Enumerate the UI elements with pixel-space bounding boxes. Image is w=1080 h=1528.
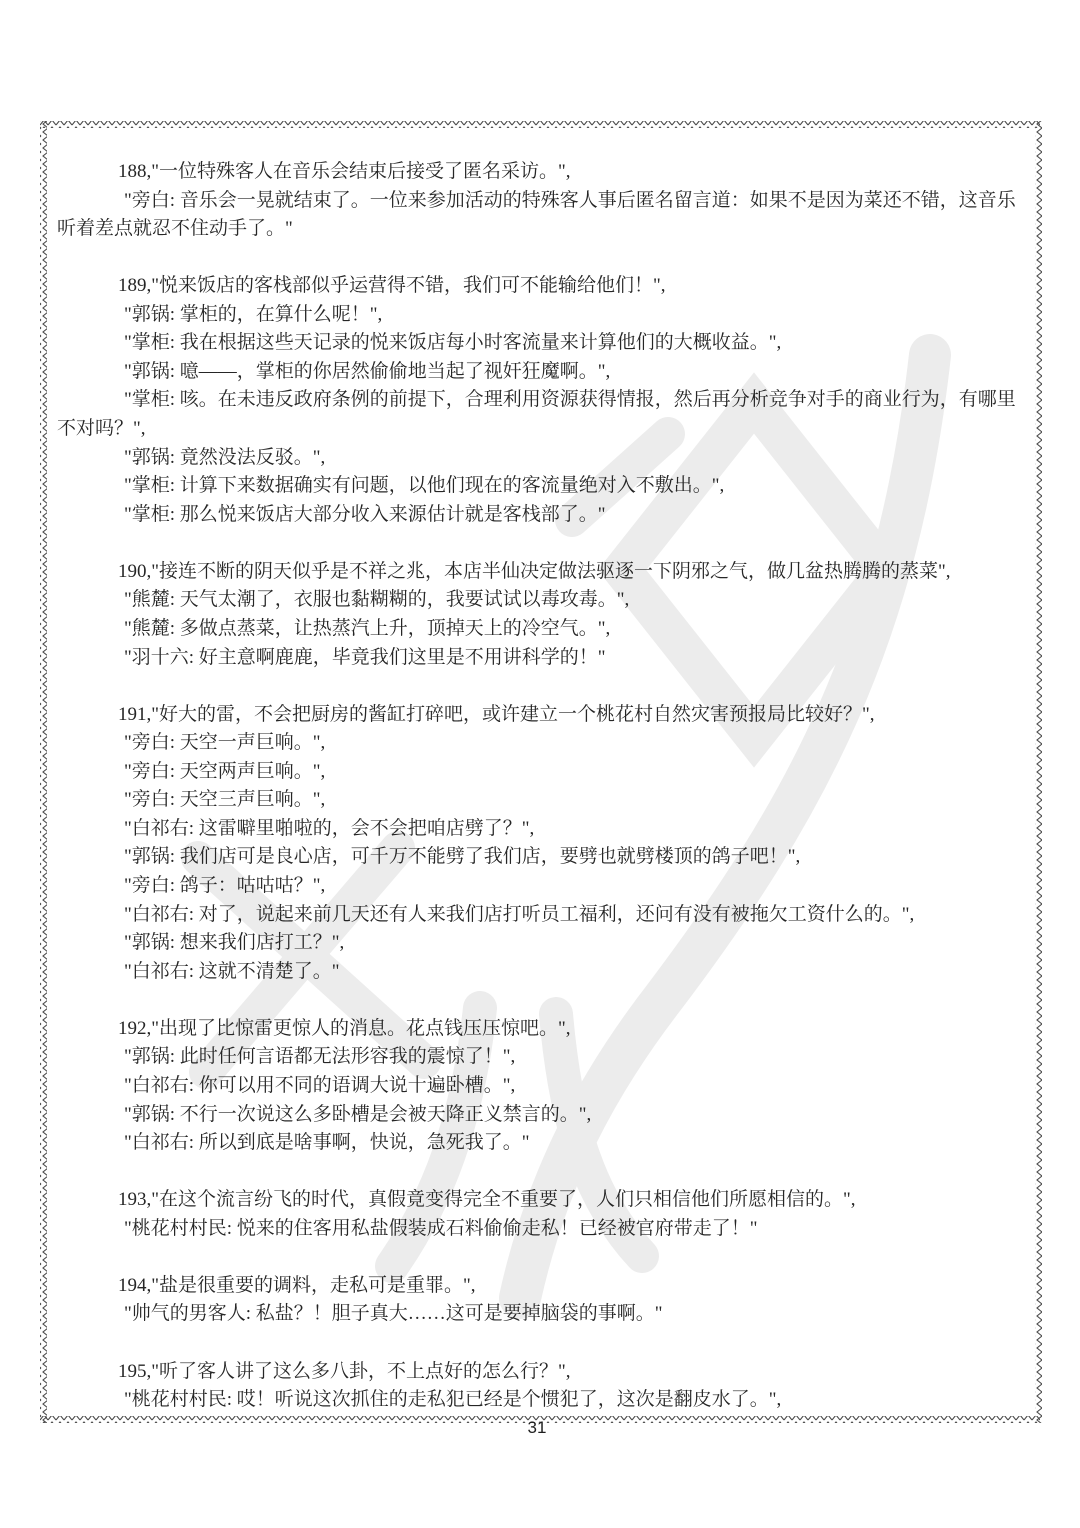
dialogue-line: "白祁右: 所以到底是啥事啊，快说，急死我了。" (57, 1129, 1030, 1158)
dialogue-line: "白祁右: 对了，说起来前几天还有人来我们店打听员工福利，还问有没有被拖欠工资什… (57, 901, 1030, 930)
dialogue-line: "白祁右: 这就不清楚了。" (57, 958, 1030, 987)
entry-193: 193,"在这个流言纷飞的时代，真假竟变得完全不重要了，人们只相信他们所愿相信的… (57, 1186, 1030, 1243)
entry-192: 192,"出现了比惊雷更惊人的消息。花点钱压压惊吧。","郭锅: 此时任何言语都… (57, 1015, 1030, 1158)
entry-190: 190,"接连不断的阴天似乎是不祥之兆，本店半仙决定做法驱逐一下阴邪之气，做几盆… (57, 558, 1030, 672)
dialogue-line: "郭锅: 此时任何言语都无法形容我的震惊了！", (57, 1043, 1030, 1072)
entry-lead-line: 193,"在这个流言纷飞的时代，真假竟变得完全不重要了，人们只相信他们所愿相信的… (57, 1186, 1030, 1215)
entry-lead-line: 190,"接连不断的阴天似乎是不祥之兆，本店半仙决定做法驱逐一下阴邪之气，做几盆… (57, 558, 1030, 587)
entry-lead-line: 195,"听了客人讲了这么多八卦，不上点好的怎么行？", (57, 1358, 1030, 1387)
dialogue-line: "郭锅: 不行一次说这么多卧槽是会被天降正义禁言的。", (57, 1101, 1030, 1130)
dialogue-line: "旁白: 天空两声巨响。", (57, 758, 1030, 787)
dialogue-line: "郭锅: 噫——，掌柜的你居然偷偷地当起了视奸狂魔啊。", (57, 358, 1030, 387)
dialogue-line: "旁白: 音乐会一晃就结束了。一位来参加活动的特殊客人事后匿名留言道：如果不是因… (57, 187, 1030, 244)
entry-lead-line: 194,"盐是很重要的调料，走私可是重罪。", (57, 1272, 1030, 1301)
dialogue-line: "旁白: 天空一声巨响。", (57, 729, 1030, 758)
dialogue-line: "郭锅: 竟然没法反驳。", (57, 444, 1030, 473)
entry-lead-line: 191,"好大的雷，不会把厨房的酱缸打碎吧，或许建立一个桃花村自然灾害预报局比较… (57, 701, 1030, 730)
entries: 188,"一位特殊客人在音乐会结束后接受了匿名采访。","旁白: 音乐会一晃就结… (57, 158, 1030, 1415)
entry-188: 188,"一位特殊客人在音乐会结束后接受了匿名采访。","旁白: 音乐会一晃就结… (57, 158, 1030, 244)
border-right (1035, 121, 1042, 1423)
entry-lead-line: 192,"出现了比惊雷更惊人的消息。花点钱压压惊吧。", (57, 1015, 1030, 1044)
dialogue-line: "掌柜: 咳。在未违反政府条例的前提下，合理利用资源获得情报，然后再分析竞争对手… (57, 386, 1030, 443)
dialogue-line: "桃花村村民: 悦来的住客用私盐假装成石料偷偷走私！已经被官府带走了！" (57, 1215, 1030, 1244)
dialogue-line: "掌柜: 那么悦来饭店大部分收入来源估计就是客栈部了。" (57, 501, 1030, 530)
dialogue-line: "熊麓: 天气太潮了，衣服也黏糊糊的，我要试试以毒攻毒。", (57, 586, 1030, 615)
dialogue-line: "白祁右: 你可以用不同的语调大说十遍卧槽。", (57, 1072, 1030, 1101)
entry-lead-line: 189,"悦来饭店的客栈部似乎运营得不错，我们可不能输给他们！", (57, 272, 1030, 301)
dialogue-line: "郭锅: 想来我们店打工？", (57, 929, 1030, 958)
dialogue-line: "掌柜: 计算下来数据确实有问题，以他们现在的客流量绝对入不敷出。", (57, 472, 1030, 501)
dialogue-line: "熊麓: 多做点蒸菜，让热蒸汽上升，顶掉天上的冷空气。", (57, 615, 1030, 644)
dialogue-line: "郭锅: 掌柜的，在算什么呢！", (57, 301, 1030, 330)
entry-194: 194,"盐是很重要的调料，走私可是重罪。","帅气的男客人: 私盐？！胆子真大… (57, 1272, 1030, 1329)
dialogue-line: "掌柜: 我在根据这些天记录的悦来饭店每小时客流量来计算他们的大概收益。", (57, 329, 1030, 358)
dialogue-line: "白祁右: 这雷噼里啪啦的，会不会把咱店劈了？", (57, 815, 1030, 844)
page-number: 31 (0, 1419, 1074, 1436)
dialogue-line: "帅气的男客人: 私盐？！胆子真大……这可是要掉脑袋的事啊。" (57, 1300, 1030, 1329)
dialogue-line: "旁白: 天空三声巨响。", (57, 786, 1030, 815)
dialogue-line: "羽十六: 好主意啊鹿鹿，毕竟我们这里是不用讲科学的！" (57, 644, 1030, 673)
dialogue-line: "桃花村村民: 哎！听说这次抓住的走私犯已经是个惯犯了，这次是翻皮水了。", (57, 1386, 1030, 1415)
dialogue-line: "旁白: 鸽子：咕咕咕？", (57, 872, 1030, 901)
border-left (40, 121, 47, 1423)
border-top (40, 121, 1040, 128)
entry-195: 195,"听了客人讲了这么多八卦，不上点好的怎么行？","桃花村村民: 哎！听说… (57, 1358, 1030, 1415)
entry-lead-line: 188,"一位特殊客人在音乐会结束后接受了匿名采访。", (57, 158, 1030, 187)
entry-189: 189,"悦来饭店的客栈部似乎运营得不错，我们可不能输给他们！","郭锅: 掌柜… (57, 272, 1030, 529)
entry-191: 191,"好大的雷，不会把厨房的酱缸打碎吧，或许建立一个桃花村自然灾害预报局比较… (57, 701, 1030, 987)
document-page: 188,"一位特殊客人在音乐会结束后接受了匿名采访。","旁白: 音乐会一晃就结… (0, 0, 1080, 1528)
dialogue-line: "郭锅: 我们店可是良心店，可千万不能劈了我们店，要劈也就劈楼顶的鸽子吧！", (57, 843, 1030, 872)
